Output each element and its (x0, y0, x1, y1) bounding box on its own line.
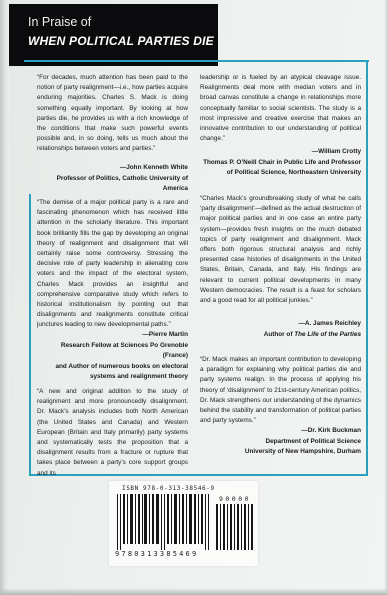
book-right-edge (384, 0, 388, 595)
book-left-edge (0, 0, 9, 595)
attribution-reichley: —A. James Reichley Author of The Life of… (200, 319, 361, 340)
quote-reichley: “Charles Mack’s groundbreaking study of … (200, 194, 361, 306)
praise-eyebrow: In Praise of (28, 15, 91, 30)
cited-book-title: The Life of the Parties (294, 331, 361, 338)
book-back-cover: In Praise of WHEN POLITICAL PARTIES DIE … (0, 0, 388, 595)
supplement-barcode-bars (216, 504, 254, 550)
accent-rule-right (366, 60, 368, 476)
barcode-panel: ISBN 978-0-313-38546-9 (109, 481, 258, 566)
ean-digits: 9780313385469 (115, 550, 213, 558)
accent-rule-left (29, 194, 31, 476)
attribution-crotty: —William Crotty Thomas P. O’Neill Chair … (200, 147, 361, 179)
attribution-white: —John Kenneth White Professor of Politic… (37, 163, 188, 195)
attribution-buckman: —Dr. Kirk Buckman Department of Politica… (200, 426, 361, 458)
supplement-barcode: 90000 (215, 495, 255, 550)
supplement-digits: 90000 (215, 495, 255, 503)
praise-header-box: In Praise of WHEN POLITICAL PARTIES DIE (9, 4, 218, 66)
ean-barcode: 9780313385469 (115, 494, 213, 558)
book-title: WHEN POLITICAL PARTIES DIE (28, 33, 214, 49)
quote-crotty-part2: leadership or is fueled by an atypical c… (200, 73, 361, 144)
accent-rule-top (24, 60, 369, 62)
quote-white: “For decades, much attention has been pa… (37, 73, 188, 155)
ean-barcode-bars (115, 494, 211, 550)
quote-buckman: “Dr. Mack makes an important contributio… (200, 355, 361, 426)
attribution-martin: —Pierre Martin Research Fellow at Scienc… (37, 330, 188, 383)
quote-crotty-part1: “A new and original addition to the stud… (37, 387, 188, 479)
book-bottom-edge (0, 588, 388, 595)
quote-martin: “The demise of a major political party i… (37, 198, 188, 331)
isbn-text: ISBN 978-0-313-38546-9 (122, 485, 215, 492)
